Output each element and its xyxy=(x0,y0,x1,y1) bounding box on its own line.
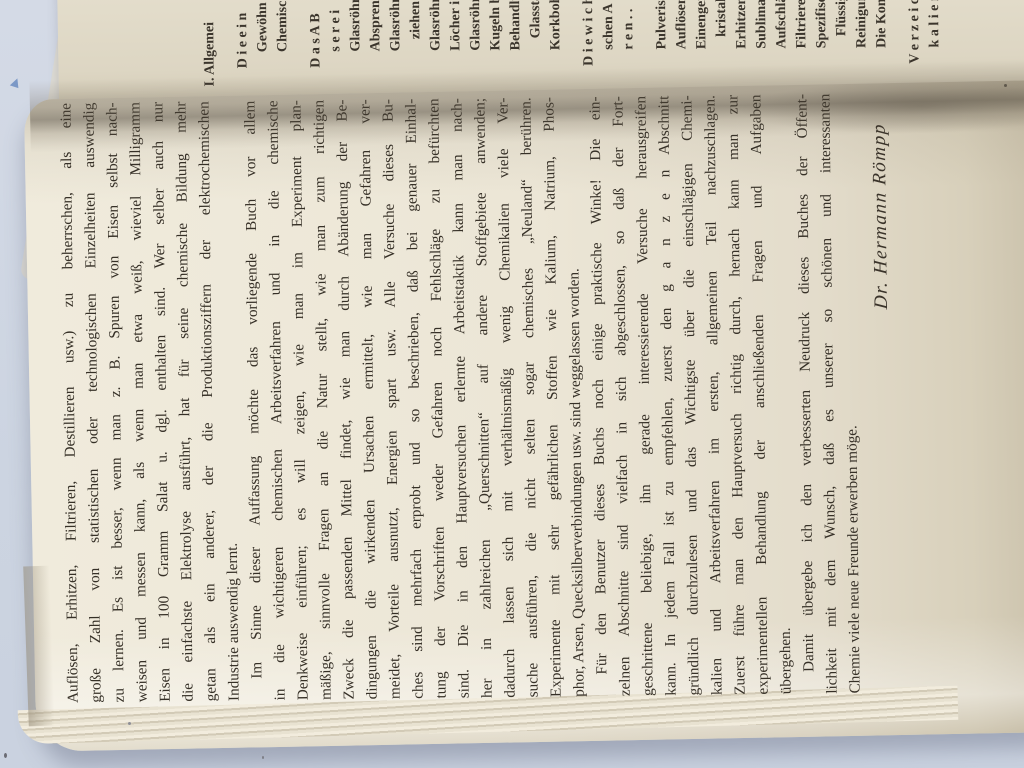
contents-entry: ziehen xyxy=(405,0,426,39)
table-speck xyxy=(262,756,264,759)
foreword-text-area: Auflösen, Erhitzen, Filtrieren, Destilli… xyxy=(58,98,898,698)
foreword-lines: Auflösen, Erhitzen, Filtrieren, Destilli… xyxy=(54,93,866,703)
contents-entry: Flüssigke xyxy=(831,0,852,36)
contents-rotated-block: I. Allgemei D i e e i n Gewöhn Chemisc D… xyxy=(199,0,944,87)
contents-entry: Chemisc xyxy=(272,0,293,52)
photo-of-open-book: I. Allgemei D i e e i n Gewöhn Chemisc D… xyxy=(0,0,1024,768)
contents-entry: Abspren xyxy=(365,0,386,51)
contents-entry: Aufschläm xyxy=(771,0,792,49)
foreword-rotated-block: Auflösen, Erhitzen, Filtrieren, Destilli… xyxy=(54,93,901,703)
contents-entry: kristallis xyxy=(711,0,732,37)
page-left-edge-shadow xyxy=(23,566,55,727)
contents-entry: s e r e i xyxy=(325,0,346,52)
contents-entry: Erhitzen . xyxy=(731,0,752,49)
contents-entry: Auflösen xyxy=(671,0,692,49)
author-signature: Dr. Hermann Römpp xyxy=(868,92,897,694)
contents-entry: k a l i e n . . xyxy=(924,0,945,48)
contents-entry: D a s A B xyxy=(305,0,326,68)
paper-speck xyxy=(1004,84,1007,87)
contents-entry: Glasstä xyxy=(525,0,546,38)
table-speck xyxy=(4,753,7,758)
contents-entry: schen A xyxy=(598,0,619,50)
contents-entry: Glasröhr xyxy=(385,0,406,51)
contents-entry: Glasröhr xyxy=(465,0,486,51)
contents-entry: Reinigungs xyxy=(851,0,872,48)
contents-entry: Pulverisie xyxy=(651,0,672,49)
contents-entry: V e r z e i c h n xyxy=(904,0,925,64)
contents-entry: Sublimatio xyxy=(751,0,772,49)
contents-entry: Kugeln b xyxy=(485,0,506,51)
contents-entry: r e n . . xyxy=(618,0,639,50)
contents-entry: I. Allgemei xyxy=(199,0,220,87)
contents-entry: D i e w i c h xyxy=(578,0,599,66)
contents-text-area: I. Allgemei D i e e i n Gewöhn Chemisc D… xyxy=(200,0,944,84)
contents-entry: Korkbohr xyxy=(545,0,566,50)
contents-entry: Glasröhr xyxy=(425,0,446,51)
table-speck xyxy=(128,722,131,725)
contents-entry: Einengen, xyxy=(691,0,712,49)
contents-entry: Filtrieren xyxy=(791,0,812,48)
contents-entry: Glasröhr xyxy=(345,0,366,52)
contents-entry: Löcher i xyxy=(445,0,466,51)
contents-entry: Spezifische xyxy=(811,0,832,48)
contents-entry: Gewöhn xyxy=(252,0,273,52)
contents-entry: Die Kontrol xyxy=(871,0,892,48)
contents-entry: D i e e i n xyxy=(232,0,253,68)
contents-entry: Behandlu xyxy=(505,0,526,50)
